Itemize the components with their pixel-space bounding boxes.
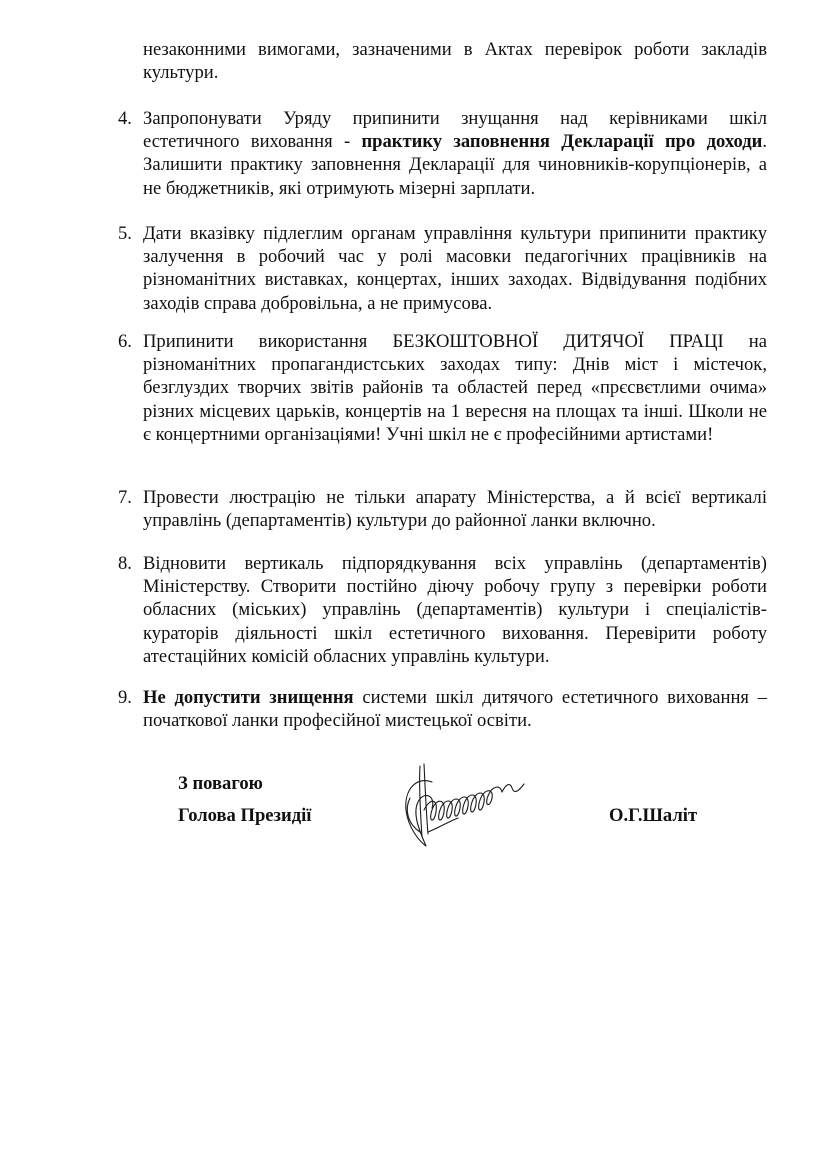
- item-body: Припинити використання БЕЗКОШТОВНОЇ ДИТЯ…: [143, 330, 767, 446]
- continuation-paragraph: незаконними вимогами, зазначеними в Акта…: [143, 38, 767, 84]
- item-text: Провести люстрацію не тільки апарату Мін…: [143, 487, 767, 531]
- item-bold-text: практику заповнення Декларації про доход…: [361, 131, 762, 152]
- item-text: Відновити вертикаль підпорядкування всіх…: [143, 553, 767, 667]
- item-body: Відновити вертикаль підпорядкування всіх…: [143, 552, 767, 668]
- list-item-5: 5. Дати вказівку підлеглим органам управ…: [118, 222, 767, 315]
- item-text: Припинити використання БЕЗКОШТОВНОЇ ДИТЯ…: [143, 331, 767, 445]
- item-number: 9.: [118, 686, 143, 709]
- signer-name: О.Г.Шаліт: [609, 804, 697, 827]
- item-bold-text: Не допустити знищення: [143, 687, 354, 708]
- item-number: 7.: [118, 486, 143, 509]
- list-item-9: 9. Не допустити знищення системи шкіл ди…: [118, 686, 767, 732]
- item-number: 5.: [118, 222, 143, 245]
- item-body: Дати вказівку підлеглим органам управлін…: [143, 222, 767, 315]
- item-body: Не допустити знищення системи шкіл дитяч…: [143, 686, 767, 732]
- list-item-4: 4. Запропонувати Уряду припинити знущанн…: [118, 107, 767, 200]
- item-number: 6.: [118, 330, 143, 353]
- signature-icon: [398, 762, 533, 850]
- item-body: Запропонувати Уряду припинити знущання н…: [143, 107, 767, 200]
- item-body: Провести люстрацію не тільки апарату Мін…: [143, 486, 767, 532]
- signer-position: Голова Президії: [178, 804, 311, 827]
- list-item-8: 8. Відновити вертикаль підпорядкування в…: [118, 552, 767, 668]
- document-page: незаконними вимогами, зазначеними в Акта…: [0, 0, 827, 1169]
- item-text: Дати вказівку підлеглим органам управлін…: [143, 223, 767, 314]
- salutation: З повагою: [178, 772, 263, 795]
- item-number: 4.: [118, 107, 143, 130]
- list-item-6: 6. Припинити використання БЕЗКОШТОВНОЇ Д…: [118, 330, 767, 446]
- list-item-7: 7. Провести люстрацію не тільки апарату …: [118, 486, 767, 532]
- item-number: 8.: [118, 552, 143, 575]
